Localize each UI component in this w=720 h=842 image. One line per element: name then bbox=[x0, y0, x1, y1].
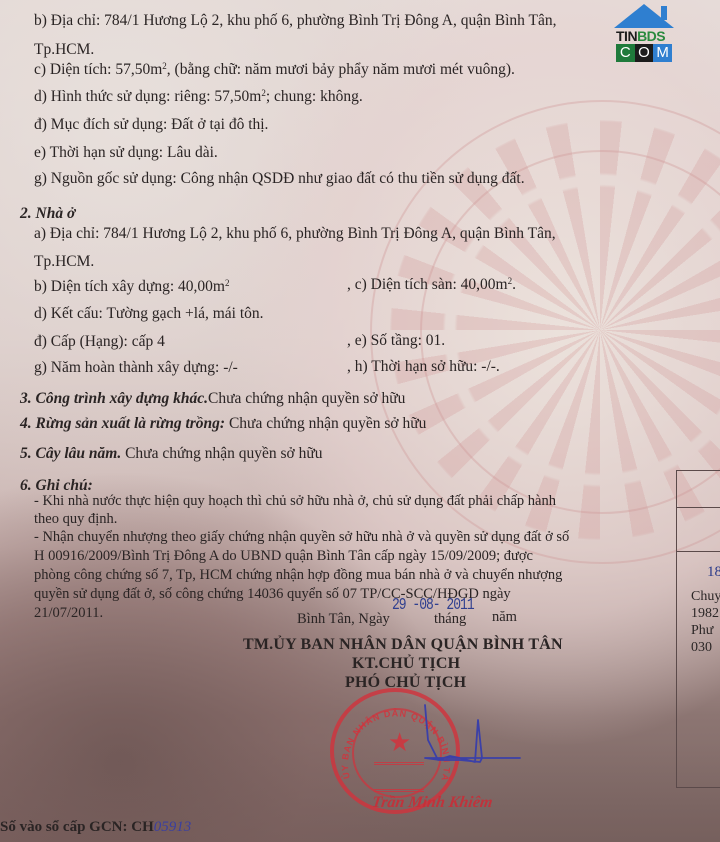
note-line: 21/07/2011. bbox=[34, 606, 103, 621]
note-line: H 00916/2009/Bình Trị Đông A do UBND quậ… bbox=[34, 549, 533, 564]
side-number: 18 bbox=[707, 564, 720, 581]
perennial-trees: 5. Cây lâu năm. Chưa chứng nhận quyền sở… bbox=[20, 446, 323, 462]
month-label: tháng bbox=[434, 612, 466, 627]
place-date-label: Bình Tân, Ngày bbox=[297, 612, 390, 627]
house-floor-area: , c) Diện tích sàn: 40,00m2. bbox=[347, 277, 516, 293]
side-line: Phư bbox=[691, 623, 713, 639]
house-address: a) Địa chỉ: 784/1 Hương Lộ 2, khu phố 6,… bbox=[34, 226, 556, 242]
logo-brand-top: TINBDS bbox=[616, 28, 665, 44]
house-address-cont: Tp.HCM. bbox=[34, 254, 94, 270]
handwritten-signature bbox=[420, 700, 530, 790]
signer-name: Trần Minh Khiêm bbox=[371, 794, 494, 812]
land-area: c) Diện tích: 57,50m2, (bằng chữ: năm mư… bbox=[34, 62, 515, 78]
tinbds-logo: TINBDS C O M bbox=[612, 4, 676, 62]
house-build-area: b) Diện tích xây dựng: 40,00m2 bbox=[34, 279, 229, 295]
chimney-icon bbox=[661, 6, 667, 20]
house-ownership-term: , h) Thời hạn sở hữu: -/-. bbox=[347, 359, 500, 375]
table-divider bbox=[677, 507, 720, 508]
note-line: - Nhận chuyển nhượng theo giấy chứng nhậ… bbox=[34, 530, 569, 545]
house-completion-year: g) Năm hoàn thành xây dựng: -/- bbox=[34, 360, 238, 376]
gcn-registry-number: Số vào sổ cấp GCN: CH05913 bbox=[0, 820, 191, 835]
note-line: phòng công chứng số 7, Tp, HCM chứng nhậ… bbox=[34, 568, 562, 583]
side-line: 030 bbox=[691, 640, 712, 656]
year-label: năm bbox=[492, 610, 517, 625]
land-origin: g) Nguồn gốc sử dụng: Công nhận QSDĐ như… bbox=[34, 171, 525, 187]
land-term: e) Thời hạn sử dụng: Lâu dài. bbox=[34, 145, 218, 161]
on-behalf-of: KT.CHỦ TỊCH bbox=[352, 656, 460, 672]
house-heading: 2. Nhà ở bbox=[20, 206, 75, 222]
other-construction: 3. Công trình xây dựng khác.Chưa chứng n… bbox=[20, 391, 405, 407]
land-address: b) Địa chỉ: 784/1 Hương Lộ 2, khu phố 6,… bbox=[34, 13, 556, 29]
table-divider bbox=[677, 551, 720, 552]
issuing-authority: TM.ỦY BAN NHÂN DÂN QUẬN BÌNH TÂN bbox=[243, 637, 563, 653]
logo-brand-bottom: C O M bbox=[616, 44, 672, 62]
notes-heading: 6. Ghi chú: bbox=[20, 478, 93, 494]
house-grade: đ) Cấp (Hạng): cấp 4 bbox=[34, 334, 165, 350]
land-purpose: đ) Mục đích sử dụng: Đất ở tại đô thị. bbox=[34, 117, 268, 133]
side-line: 1982 bbox=[691, 606, 719, 622]
house-floors: , e) Số tầng: 01. bbox=[347, 333, 445, 349]
land-address-cont: Tp.HCM. bbox=[34, 42, 94, 58]
house-structure: d) Kết cấu: Tường gạch +lá, mái tôn. bbox=[34, 306, 264, 322]
land-usage-form: d) Hình thức sử dụng: riêng: 57,50m2; ch… bbox=[34, 89, 363, 105]
note-line: theo quy định. bbox=[34, 512, 117, 527]
side-line: Chuy bbox=[691, 589, 720, 605]
production-forest: 4. Rừng sản xuất là rừng trồng: Chưa chứ… bbox=[20, 416, 426, 432]
note-line: - Khi nhà nước thực hiện quy hoạch thì c… bbox=[34, 494, 556, 509]
